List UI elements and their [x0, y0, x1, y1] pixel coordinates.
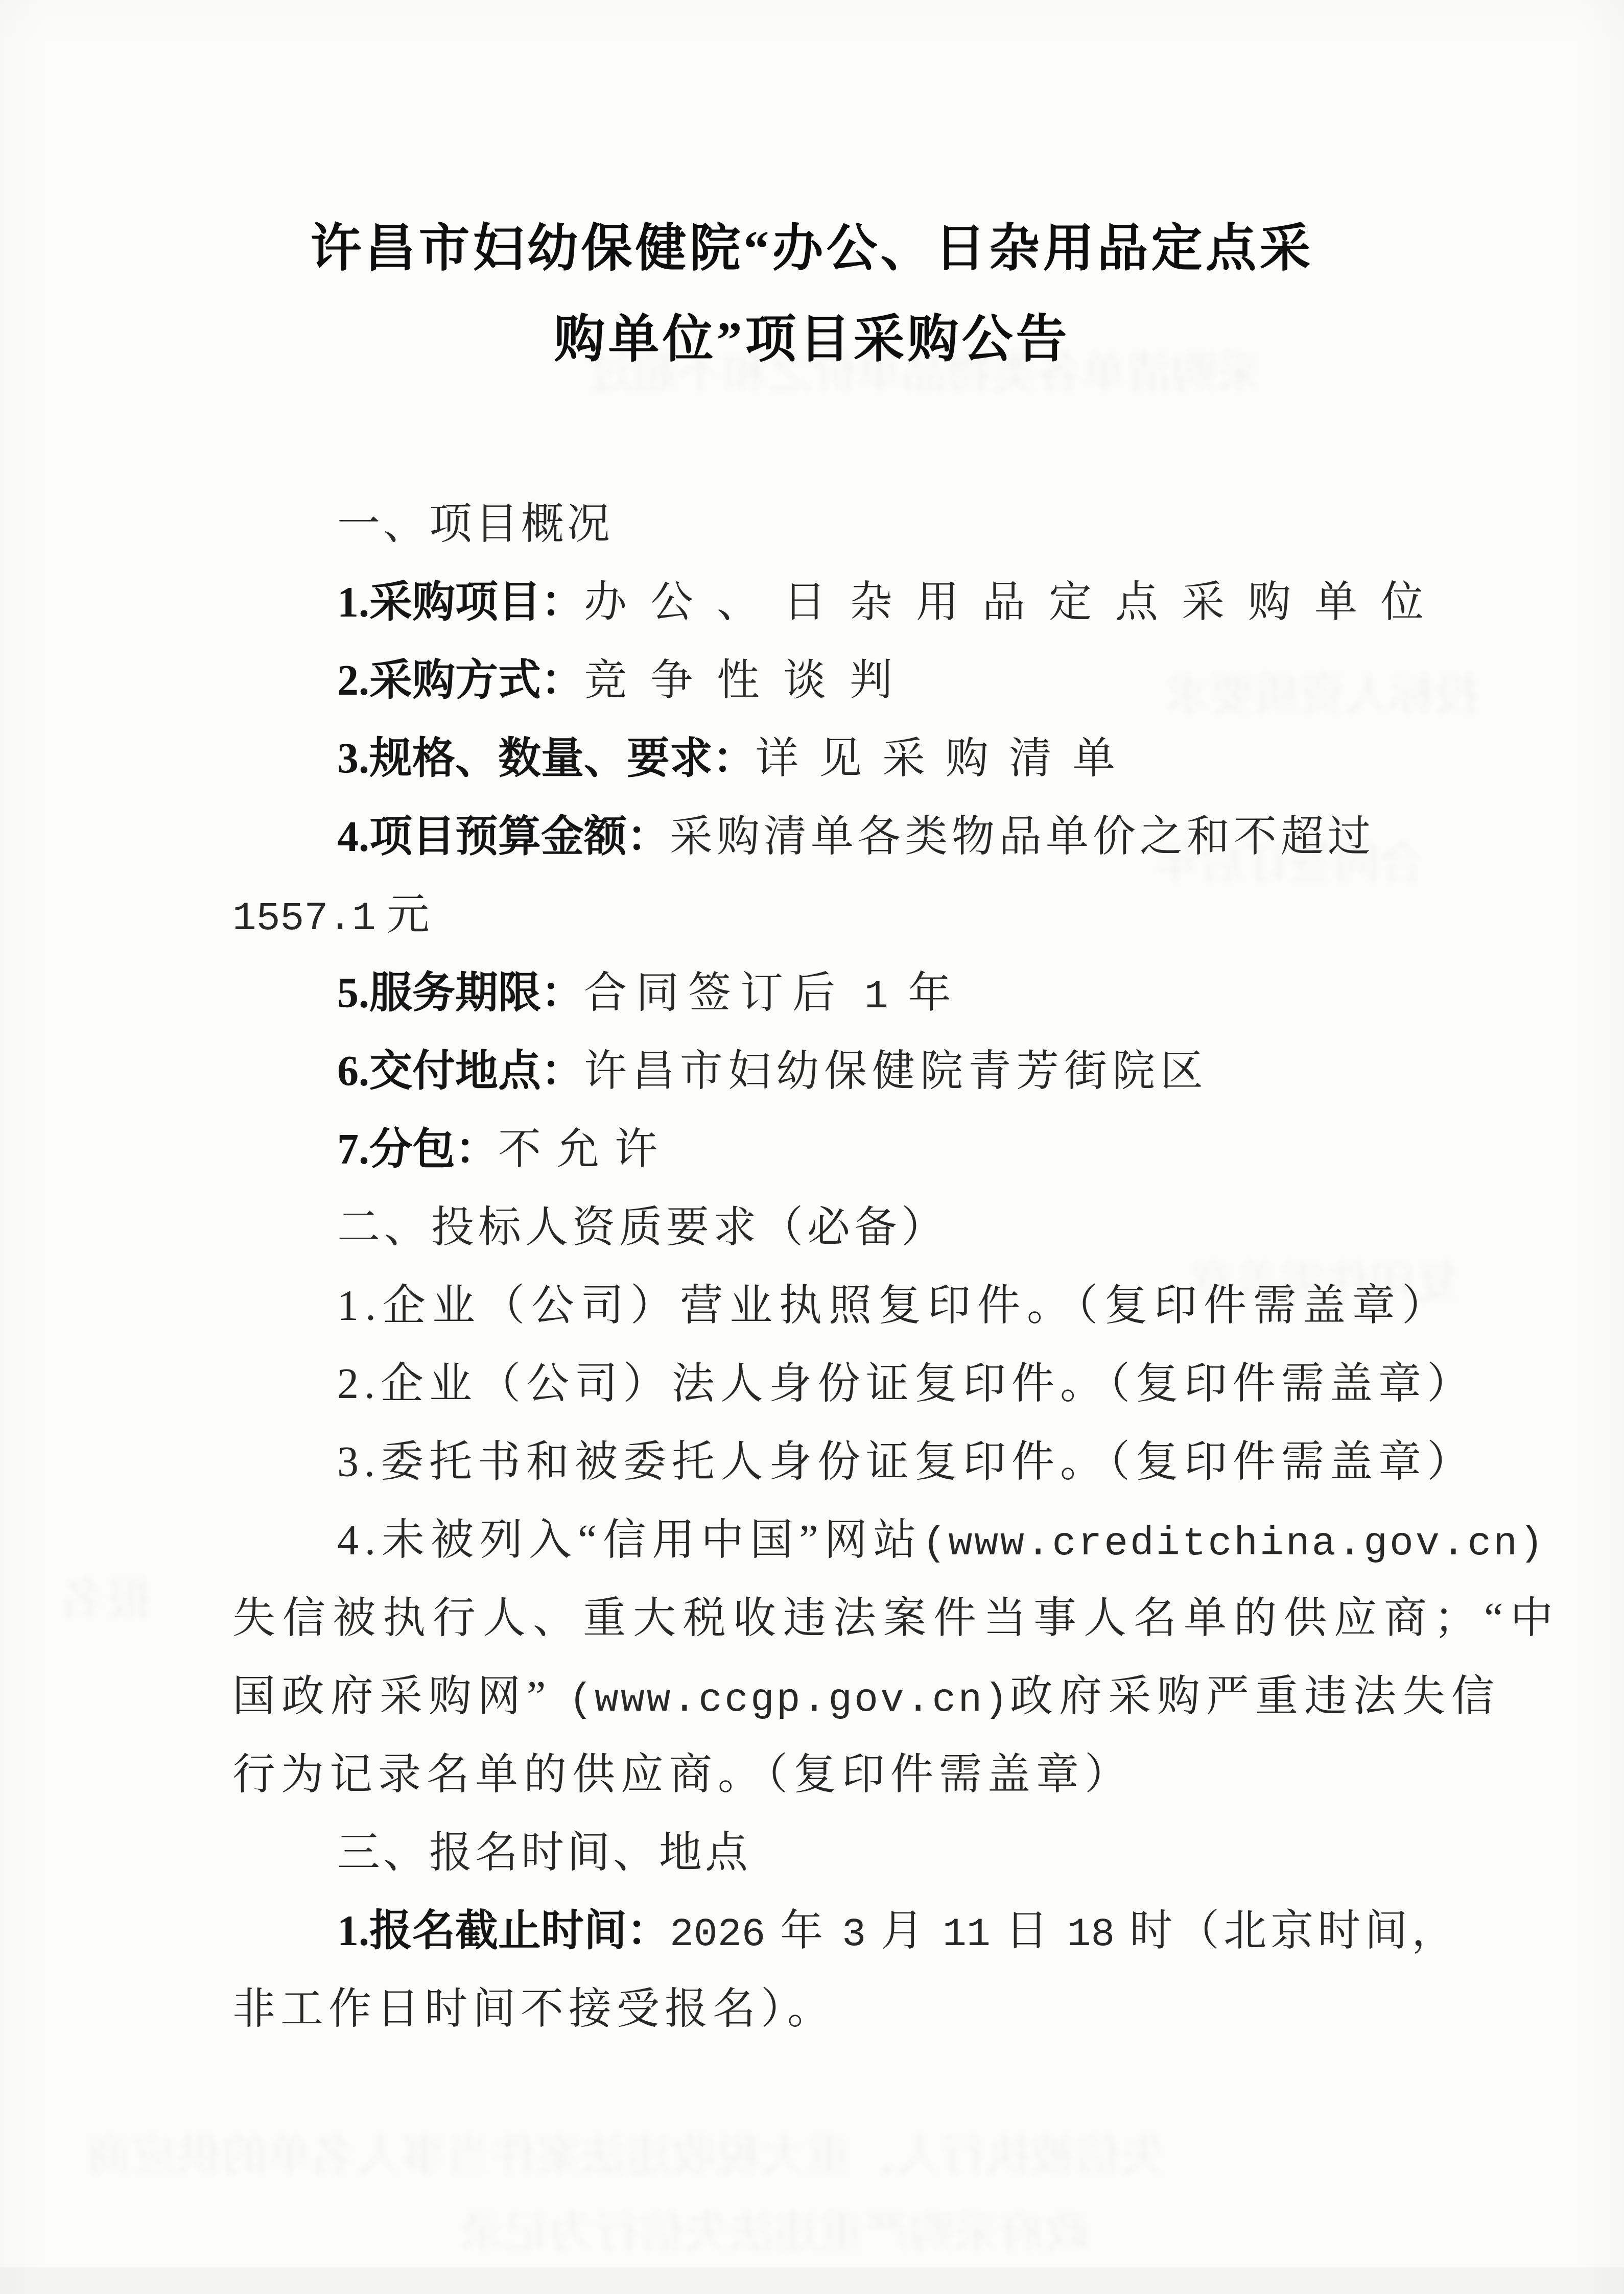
bleedthrough-text: 报名 — [61, 1563, 151, 1627]
document-line: 4.项目预算金额：采购清单各类物品单价之和不超过 — [232, 798, 1515, 876]
latin-text-segment: (www.creditchina.gov.cn) — [923, 1522, 1545, 1567]
text-segment: 许昌市妇幼保健院青芳街院区 — [584, 1048, 1208, 1095]
text-segment: 3.规格、数量、要求： — [337, 735, 756, 783]
document-line: 三、报名时间、地点 — [232, 1814, 1515, 1892]
document-line: 4.未被列入“信用中国”网站(www.creditchina.gov.cn) — [232, 1501, 1515, 1579]
text-segment: 2.企业（公司）法人身份证复印件。（复印件需盖章） — [337, 1360, 1475, 1408]
latin-text-segment: 3 — [842, 1912, 866, 1957]
latin-text-segment: 1 — [864, 975, 888, 1020]
document-body: 一、项目概况1.采购项目：办公、日杂用品定点采购单位2.采购方式：竞争性谈判3.… — [232, 485, 1515, 2048]
document-line: 1.采购项目：办公、日杂用品定点采购单位 — [232, 563, 1515, 642]
text-segment: 不允许 — [498, 1126, 673, 1173]
text-segment: 7.分包： — [337, 1126, 498, 1173]
text-segment: 一、项目概况 — [337, 501, 613, 548]
text-segment: 1.企业（公司）营业执照复印件。（复印件需盖章） — [337, 1282, 1451, 1330]
text-segment: 失信被执行人、重大税收违法案件当事人名单的供应商；“中 — [232, 1595, 1560, 1642]
document-line: 非工作日时间不接受报名）。 — [232, 1970, 1515, 2048]
document-line: 1.报名截止时间：2026 年 3 月 11 日 18 时（北京时间， — [232, 1892, 1515, 1970]
latin-text-segment: (www.ccgp.gov.cn) — [569, 1678, 1010, 1723]
document-title-line2: 购单位”项目采购公告 — [0, 294, 1624, 385]
document-line: 1557.1 元 — [232, 876, 1515, 954]
text-segment: 采购清单各类物品单价之和不超过 — [670, 813, 1375, 861]
document-title: 许昌市妇幼保健院“办公、日杂用品定点采 购单位”项目采购公告 — [0, 203, 1624, 385]
text-segment: 4.项目预算金额： — [337, 813, 670, 861]
text-segment: 1.报名截止时间： — [337, 1907, 670, 1955]
document-line: 6.交付地点：许昌市妇幼保健院青芳街院区 — [232, 1032, 1515, 1110]
text-segment: 日 — [991, 1907, 1067, 1955]
document-title-line1: 许昌市妇幼保健院“办公、日杂用品定点采 — [0, 203, 1624, 294]
text-segment: 3.委托书和被委托人身份证复印件。（复印件需盖章） — [337, 1438, 1475, 1486]
scan-bottom-shadow — [0, 2267, 1624, 2294]
latin-text-segment: 18 — [1067, 1912, 1115, 1957]
text-segment: 1.采购项目： — [337, 579, 584, 626]
document-line: 二、投标人资质要求（必备） — [232, 1189, 1515, 1267]
text-segment: 元 — [376, 891, 430, 939]
text-segment: 2.采购方式： — [337, 657, 584, 704]
document-line: 1.企业（公司）营业执照复印件。（复印件需盖章） — [232, 1267, 1515, 1345]
latin-text-segment: 2026 — [670, 1912, 765, 1957]
text-segment: 国政府采购网” — [232, 1673, 569, 1720]
text-segment: 三、报名时间、地点 — [337, 1829, 751, 1877]
document-line: 3.规格、数量、要求：详见采购清单 — [232, 720, 1515, 798]
document-line: 5.服务期限：合同签订后 1 年 — [232, 954, 1515, 1032]
text-segment: 4.未被列入“信用中国”网站 — [337, 1517, 923, 1564]
text-segment: 二、投标人资质要求（必备） — [337, 1204, 948, 1251]
document-line: 7.分包：不允许 — [232, 1110, 1515, 1189]
document-line: 行为记录名单的供应商。（复印件需盖章） — [232, 1736, 1515, 1814]
document-line: 国政府采购网” (www.ccgp.gov.cn)政府采购严重违法失信 — [232, 1658, 1515, 1736]
document-line: 3.委托书和被委托人身份证复印件。（复印件需盖章） — [232, 1423, 1515, 1501]
text-segment: 年 — [765, 1907, 842, 1955]
latin-text-segment: 11 — [943, 1912, 991, 1957]
text-segment: 政府采购严重违法失信 — [1010, 1673, 1500, 1720]
document-line: 2.企业（公司）法人身份证复印件。（复印件需盖章） — [232, 1345, 1515, 1423]
text-segment: 行为记录名单的供应商。（复印件需盖章） — [232, 1751, 1133, 1799]
bleedthrough-text: 失信被执行人、重大税收违法案件当事人名单的供应商 — [87, 2120, 1166, 2184]
text-segment: 详见采购清单 — [756, 735, 1136, 783]
latin-text-segment: 1557.1 — [232, 896, 376, 941]
text-segment: 竞争性谈判 — [584, 657, 916, 704]
text-segment: 非工作日时间不接受报名）。 — [232, 1985, 835, 2033]
document-line: 一、项目概况 — [232, 485, 1515, 563]
bleedthrough-text: 政府采购严重违法失信行为记录 — [460, 2196, 1089, 2261]
document-line: 失信被执行人、重大税收违法案件当事人名单的供应商；“中 — [232, 1579, 1515, 1658]
scanned-page: 采购清单各类物品单价之和不超过投标人资质要求合同签订后年复印件需盖章报名失信被执… — [0, 0, 1624, 2294]
text-segment: 年 — [888, 969, 960, 1017]
text-segment: 5.服务期限： — [337, 969, 584, 1017]
text-segment: 时（北京时间， — [1115, 1907, 1458, 1955]
text-segment: 合同签订后 — [584, 969, 864, 1017]
text-segment: 月 — [866, 1907, 943, 1955]
text-segment: 6.交付地点： — [337, 1048, 584, 1095]
document-line: 2.采购方式：竞争性谈判 — [232, 642, 1515, 720]
text-segment: 办公、日杂用品定点采购单位 — [584, 579, 1447, 626]
